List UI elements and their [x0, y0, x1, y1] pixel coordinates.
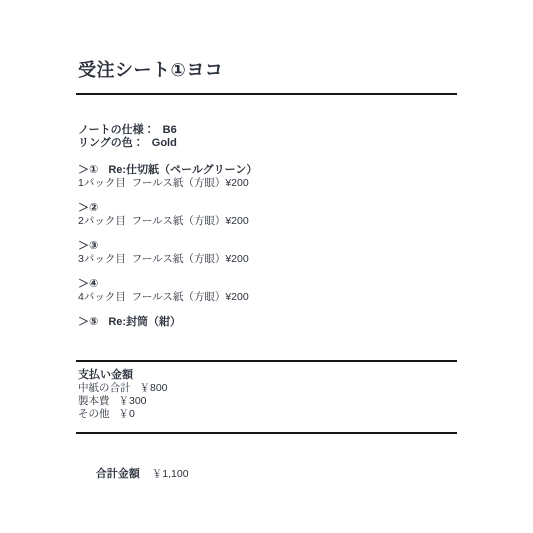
total-value: ￥1,100 — [152, 468, 189, 480]
spec-value: Gold — [152, 137, 177, 149]
item-detail: 2パック目 フールス紙（方眼）¥200 — [78, 215, 257, 228]
item-marker: ＞③ — [78, 240, 98, 252]
spec-value: B6 — [163, 124, 177, 136]
payment-section: 支払い金額 中紙の合計￥800 製本費￥300 その他￥0 — [78, 369, 168, 421]
item-detail: 3パック目 フールス紙（方眼）¥200 — [78, 253, 257, 266]
item-group-2: ＞② 2パック目 フールス紙（方眼）¥200 — [78, 202, 257, 228]
divider-top — [76, 93, 457, 95]
payment-label: 中紙の合計 — [78, 382, 131, 394]
page-title: 受注シート①ヨコ — [78, 58, 223, 82]
item-detail: 1パック目 フールス紙（方眼）¥200 — [78, 177, 257, 190]
item-detail: 4パック目 フールス紙（方眼）¥200 — [78, 291, 257, 304]
payment-value: ￥0 — [119, 408, 135, 420]
item-title: Re:封筒（紺） — [108, 316, 181, 328]
item-marker: ＞⑤ — [78, 316, 98, 328]
item-heading: ＞④ — [78, 278, 257, 291]
payment-heading: 支払い金額 — [78, 369, 168, 382]
total-label: 合計金額 — [96, 468, 140, 480]
payment-row-other: その他￥0 — [78, 408, 168, 421]
item-marker: ＞④ — [78, 278, 98, 290]
item-heading: ＞③ — [78, 240, 257, 253]
spec-row-ring-color: リングの色：Gold — [78, 137, 177, 150]
payment-value: ￥300 — [119, 395, 147, 407]
order-items: ＞①Re:仕切紙（ペールグリーン） 1パック目 フールス紙（方眼）¥200 ＞②… — [78, 164, 257, 341]
item-group-3: ＞③ 3パック目 フールス紙（方眼）¥200 — [78, 240, 257, 266]
item-group-5: ＞⑤Re:封筒（紺） — [78, 316, 257, 329]
spec-row-notebook-size: ノートの仕様：B6 — [78, 124, 177, 137]
spec-label: ノートの仕様： — [78, 124, 155, 136]
divider-total — [76, 432, 457, 434]
item-heading: ＞⑤Re:封筒（紺） — [78, 316, 257, 329]
payment-value: ￥800 — [140, 382, 168, 394]
payment-label: その他 — [78, 408, 110, 420]
item-heading: ＞①Re:仕切紙（ペールグリーン） — [78, 164, 257, 177]
item-marker: ＞① — [78, 164, 98, 176]
notebook-specs: ノートの仕様：B6 リングの色：Gold — [78, 124, 177, 150]
item-group-1: ＞①Re:仕切紙（ペールグリーン） 1パック目 フールス紙（方眼）¥200 — [78, 164, 257, 190]
payment-row-paper-subtotal: 中紙の合計￥800 — [78, 382, 168, 395]
item-group-4: ＞④ 4パック目 フールス紙（方眼）¥200 — [78, 278, 257, 304]
item-title: Re:仕切紙（ペールグリーン） — [108, 164, 257, 176]
item-heading: ＞② — [78, 202, 257, 215]
payment-label: 製本費 — [78, 395, 110, 407]
payment-row-binding-fee: 製本費￥300 — [78, 395, 168, 408]
item-marker: ＞② — [78, 202, 98, 214]
total-section: 合計金額￥1,100 — [78, 446, 189, 500]
divider-payment — [76, 360, 457, 362]
order-sheet: 受注シート①ヨコ ノートの仕様：B6 リングの色：Gold ＞①Re:仕切紙（ペ… — [0, 0, 533, 533]
spec-label: リングの色： — [78, 137, 144, 149]
